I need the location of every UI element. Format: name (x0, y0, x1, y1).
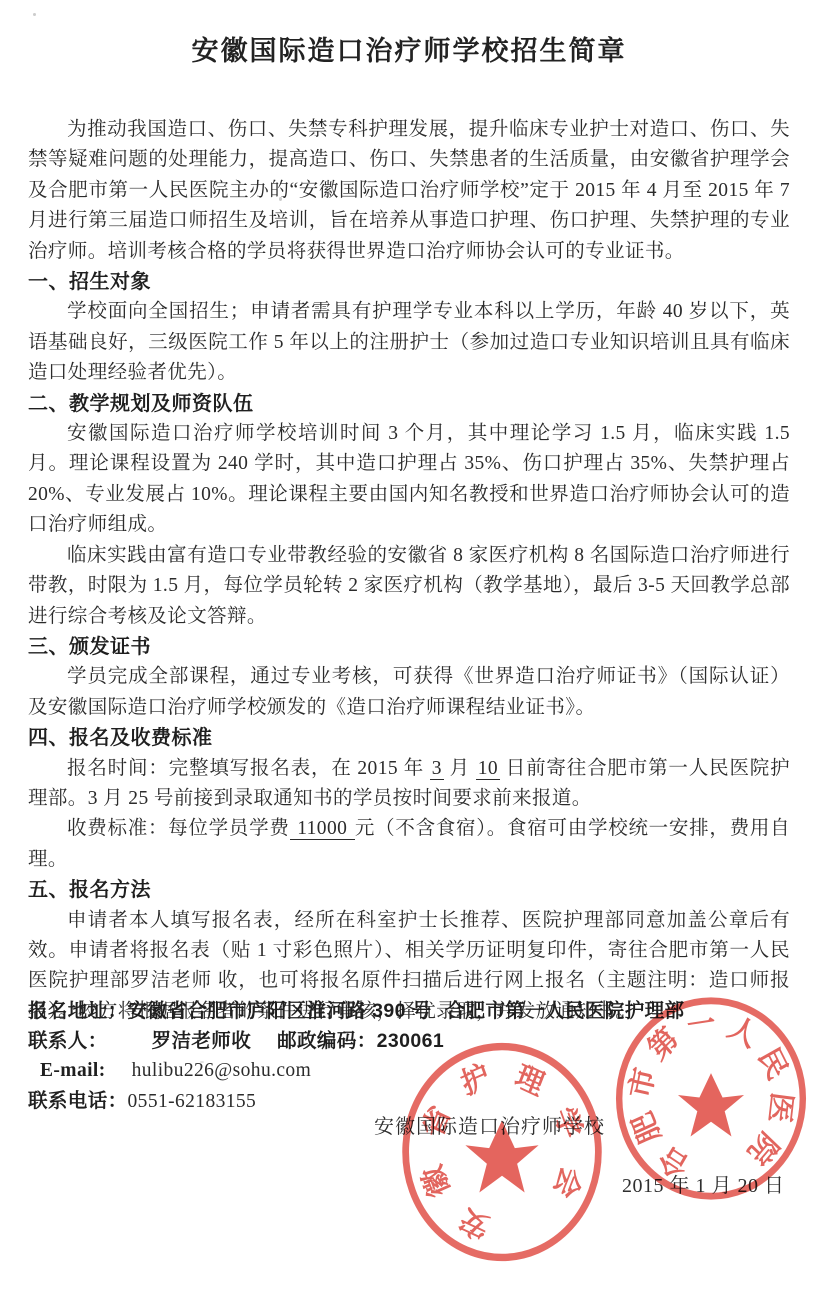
postcode-label: 邮政编码： (277, 1030, 377, 1052)
phone-value: 0551-62183155 (128, 1091, 257, 1112)
svg-text:学: 学 (548, 1102, 588, 1143)
address-label: 报名地址： (28, 1000, 128, 1022)
address-value-1: 安徽省合肥市庐阳区淮河路 390 号 (128, 1000, 432, 1022)
intro-paragraph: 为推动我国造口、伤口、失禁专科护理发展，提升临床专业护士对造口、伤口、失禁等疑难… (28, 115, 790, 267)
document-body: 安徽国际造口治疗师学校招生简章 为推动我国造口、伤口、失禁专科护理发展，提升临床… (28, 34, 790, 1027)
section-3-heading: 三、颁发证书 (28, 632, 790, 662)
svg-text:医: 医 (763, 1090, 798, 1124)
hospital-seal: 合 肥 市 第 一 人 民 医 院 (610, 991, 812, 1206)
section-5-heading: 五、报名方法 (28, 875, 790, 905)
seal-star-icon (678, 1073, 744, 1136)
section-2-heading: 二、教学规划及师资队伍 (28, 389, 790, 419)
svg-text:徽: 徽 (416, 1160, 456, 1202)
deadline-day-underlined: 10 (476, 758, 500, 780)
seal-star-icon (465, 1120, 538, 1192)
contact-person-value: 罗洁老师收 (152, 1030, 252, 1052)
section-1-heading: 一、招生对象 (28, 267, 790, 297)
svg-text:会: 会 (547, 1161, 587, 1203)
section-4-paragraph-1: 报名时间：完整填写报名表，在 2015 年 3 月 10 日前寄往合肥市第一人民… (28, 754, 790, 815)
phone-label: 联系电话： (28, 1090, 128, 1112)
section-2-paragraph-1: 安徽国际造口治疗师学校培训时间 3 个月，其中理论学习 1.5 月，临床实践 1… (28, 419, 790, 541)
scanned-document-page: 安徽国际造口治疗师学校招生简章 为推动我国造口、伤口、失禁专科护理发展，提升临床… (0, 0, 815, 1314)
svg-text:肥: 肥 (626, 1107, 667, 1148)
contact-person-label: 联系人： (28, 1030, 108, 1052)
svg-text:一: 一 (685, 1006, 718, 1044)
section-4-heading: 四、报名及收费标准 (28, 723, 790, 753)
svg-text:理: 理 (511, 1059, 550, 1103)
email-label: E-mail: (40, 1060, 106, 1081)
fee-text: 收费标准：每位学员学费 (67, 818, 290, 839)
section-4-paragraph-2: 收费标准：每位学员学费 11000 元（不含食宿）。食宿可由学校统一安排，费用自… (28, 814, 790, 875)
section-2-paragraph-2: 临床实践由富有造口专业带教经验的安徽省 8 家医疗机构 8 名国际造口治疗师进行… (28, 541, 790, 632)
email-value: hulibu226@sohu.com (132, 1060, 312, 1081)
section-3-paragraph: 学员完成全部课程，通过专业考核，可获得《世界造口治疗师证书》（国际认证）及安徽国… (28, 662, 790, 723)
deadline-month-underlined: 3 (430, 758, 444, 780)
section-1-paragraph: 学校面向全国招生；申请者需具有护理学专业本科以上学历，年龄 40 岁以下，英语基… (28, 297, 790, 388)
svg-text:市: 市 (624, 1065, 661, 1102)
scan-speck (33, 13, 36, 16)
document-title: 安徽国际造口治疗师学校招生简章 (28, 34, 790, 68)
tuition-fee-underlined: 11000 (290, 818, 355, 840)
enrollment-time-text: 报名时间：完整填写报名表，在 2015 年 (67, 758, 424, 779)
svg-text:省: 省 (417, 1101, 457, 1143)
svg-text:安: 安 (455, 1201, 493, 1245)
nursing-association-seal: 安 徽 省 护 理 学 会 (396, 1036, 608, 1268)
svg-text:护: 护 (456, 1058, 494, 1102)
